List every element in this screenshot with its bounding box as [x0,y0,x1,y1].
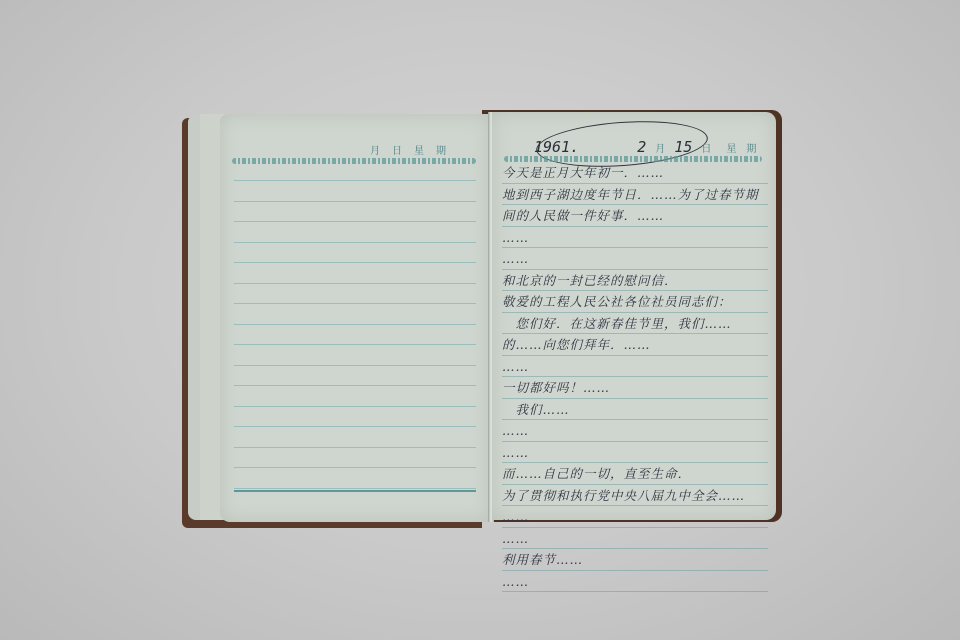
handwritten-line: 利用春节…… [502,549,768,571]
day: 15 [674,138,692,156]
handwritten-line: …… [502,420,768,442]
right-page: 1961. 2 月 15 日 星 期 今天是正月大年初一．……地到西子湖边度年节… [492,112,776,520]
handwritten-line: 而……自己的一切，直至生命． [502,463,768,485]
bottom-rule [234,490,476,492]
handwritten-line: 的……向您们拜年．…… [502,334,768,356]
handwritten-line: …… [502,227,768,249]
month: 2 [637,138,646,156]
left-page-header: 月 日 星 期 [370,142,447,157]
ruled-line [234,221,476,222]
handwritten-line: 您们好．在这新春佳节里，我们…… [502,313,768,335]
ruled-line [234,324,476,325]
month-label: 月 [655,144,665,155]
ruled-line [234,426,476,427]
left-page: 月 日 星 期 [220,114,490,522]
handwritten-line: 今天是正月大年初一．…… [502,162,768,184]
ruled-line [234,180,476,181]
handwritten-line: 敬爱的工程人民公社各位社员同志们： [502,291,768,313]
ruled-line [234,365,476,366]
handwritten-line: 间的人民做一件好事．…… [502,205,768,227]
ruled-line [234,201,476,202]
date: 1961. 2 月 15 日 星 期 [534,138,756,156]
handwritten-line: …… [502,442,768,464]
notebook: 月 日 星 期 1961. 2 月 15 日 星 期 今天是正月大年初一．……地… [182,110,782,526]
ruled-line [234,406,476,407]
handwritten-line: …… [502,528,768,550]
year: 1961. [534,138,579,156]
ruled-line [234,242,476,243]
handwritten-line: 和北京的一封已经的慰问信． [502,270,768,292]
day-label: 日 [701,144,711,155]
ruled-line [234,467,476,468]
decorative-border [232,158,476,164]
ruled-line [234,447,476,448]
handwritten-line: …… [502,506,768,528]
weekday-label: 星 期 [726,144,756,155]
handwritten-line: …… [502,248,768,270]
handwritten-text: 今天是正月大年初一．……地到西子湖边度年节日．……为了过春节期间的人民做一件好事… [502,162,768,592]
ruled-line [234,283,476,284]
ruled-line [234,262,476,263]
ruled-line [234,385,476,386]
handwritten-line: 一切都好吗！…… [502,377,768,399]
handwritten-line: 地到西子湖边度年节日．……为了过春节期 [502,184,768,206]
handwritten-line: 我们…… [502,399,768,421]
handwritten-line: …… [502,356,768,378]
handwritten-line: 为了贯彻和执行党中央八届九中全会…… [502,485,768,507]
ruled-line [234,488,476,489]
ruled-line [234,303,476,304]
handwritten-line: …… [502,571,768,593]
ruled-line [234,344,476,345]
